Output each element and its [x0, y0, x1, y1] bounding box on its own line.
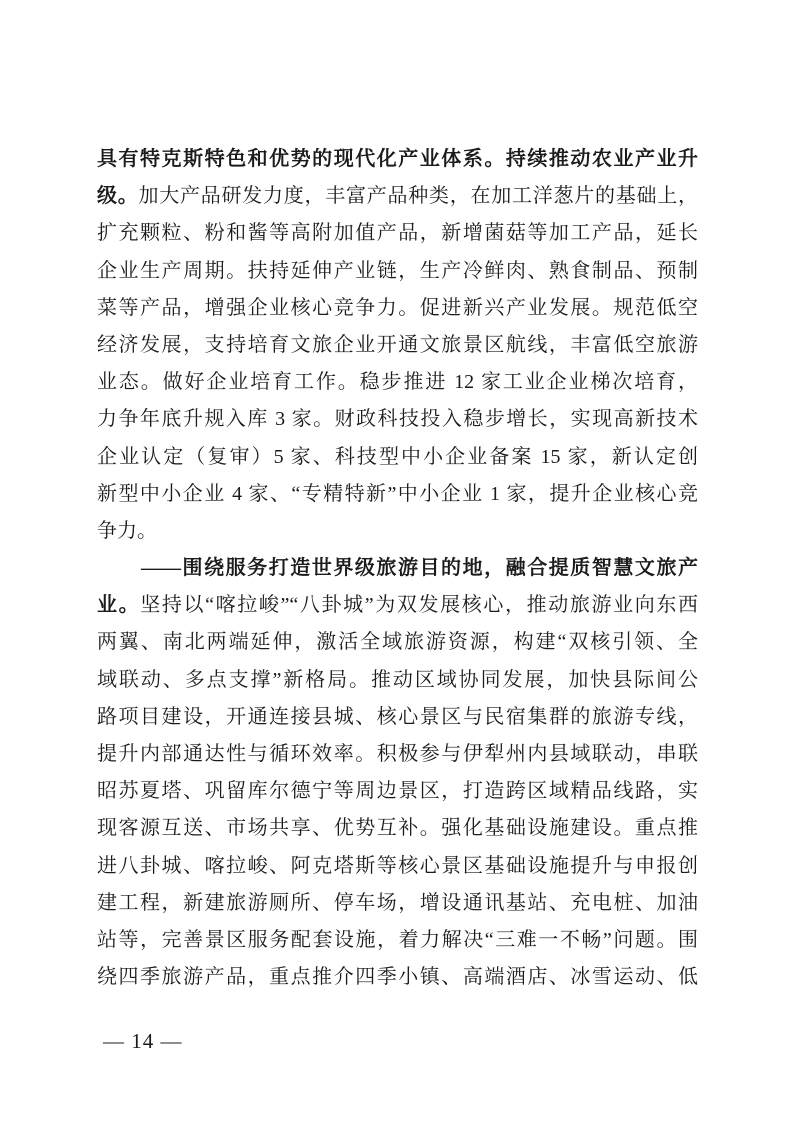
text-line: ——围绕服务打造世界级旅游目的地，融合提质智慧文旅产	[97, 550, 698, 587]
body-text: 企业认定（复审）5 家、科技型中小企业备案 15 家，新认定创	[97, 446, 698, 468]
text-line: 级。加大产品研发力度，丰富产品种类，在加工洋葱片的基础上，	[97, 178, 698, 215]
body-text: 菜等产品，增强企业核心竞争力。促进新兴产业发展。规范低空	[97, 297, 698, 319]
body-text: 域联动、多点支撑”新格局。推动区域协同发展，加快县际间公	[97, 669, 698, 691]
body-text: 站等，完善景区服务配套设施，着力解决“三难一不畅”问题。围	[97, 929, 698, 951]
text-line: 扩充颗粒、粉和酱等高附加值产品，新增菌菇等加工产品，延长	[97, 215, 698, 252]
bold-text: 具有特克斯特色和优势的现代化产业体系。持续推动农业产业升	[97, 148, 698, 170]
bold-text: ——围绕服务打造世界级旅游目的地，融合提质智慧文旅产	[141, 557, 698, 579]
page-number: — 14 —	[103, 1026, 183, 1056]
text-line: 域联动、多点支撑”新格局。推动区域协同发展，加快县际间公	[97, 662, 698, 699]
body-text: 路项目建设，开通连接县城、核心景区与民宿集群的旅游专线，	[97, 706, 698, 728]
text-line: 昭苏夏塔、巩留库尔德宁等周边景区，打造跨区域精品线路，实	[97, 773, 698, 810]
text-line: 建工程，新建旅游厕所、停车场，增设通讯基站、充电桩、加油	[97, 885, 698, 922]
document-body: 具有特克斯特色和优势的现代化产业体系。持续推动农业产业升 级。加大产品研发力度，…	[97, 141, 698, 996]
text-line: 菜等产品，增强企业核心竞争力。促进新兴产业发展。规范低空	[97, 290, 698, 327]
body-text: 坚持以“喀拉峻”“八卦城”为双发展核心，推动旅游业向东西	[140, 594, 698, 616]
text-line: 争力。	[97, 513, 698, 550]
body-text: 业态。做好企业培育工作。稳步推进 12 家工业企业梯次培育，	[97, 371, 698, 393]
text-line: 提升内部通达性与循环效率。积极参与伊犁州内县域联动，串联	[97, 736, 698, 773]
body-text: 进八卦城、喀拉峻、阿克塔斯等核心景区基础设施提升与申报创	[97, 855, 698, 877]
body-text: 力争年底升规入库 3 家。财政科技投入稳步增长，实现高新技术	[97, 408, 698, 430]
body-text: 提升内部通达性与循环效率。积极参与伊犁州内县域联动，串联	[97, 743, 698, 765]
text-line: 具有特克斯特色和优势的现代化产业体系。持续推动农业产业升	[97, 141, 698, 178]
text-line: 路项目建设，开通连接县城、核心景区与民宿集群的旅游专线，	[97, 699, 698, 736]
body-text: 加大产品研发力度，丰富产品种类，在加工洋葱片的基础上，	[139, 185, 699, 207]
body-text: 建工程，新建旅游厕所、停车场，增设通讯基站、充电桩、加油	[97, 892, 698, 914]
text-line: 站等，完善景区服务配套设施，着力解决“三难一不畅”问题。围	[97, 922, 698, 959]
text-line: 进八卦城、喀拉峻、阿克塔斯等核心景区基础设施提升与申报创	[97, 848, 698, 885]
text-line: 企业生产周期。扶持延伸产业链，生产冷鲜肉、熟食制品、预制	[97, 253, 698, 290]
text-line: 绕四季旅游产品，重点推介四季小镇、高端酒店、冰雪运动、低	[97, 959, 698, 996]
body-text: 现客源互送、市场共享、优势互补。强化基础设施建设。重点推	[97, 817, 698, 839]
text-line: 业。坚持以“喀拉峻”“八卦城”为双发展核心，推动旅游业向东西	[97, 587, 698, 624]
body-text: 经济发展，支持培育文旅企业开通文旅景区航线，丰富低空旅游	[97, 334, 698, 356]
body-text: 争力。	[97, 520, 157, 542]
document-page: 具有特克斯特色和优势的现代化产业体系。持续推动农业产业升 级。加大产品研发力度，…	[0, 0, 793, 1122]
bold-text: 级。	[97, 185, 139, 207]
text-line: 新型中小企业 4 家、“专精特新”中小企业 1 家，提升企业核心竞	[97, 476, 698, 513]
body-text: 新型中小企业 4 家、“专精特新”中小企业 1 家，提升企业核心竞	[97, 483, 698, 505]
body-text: 昭苏夏塔、巩留库尔德宁等周边景区，打造跨区域精品线路，实	[97, 780, 698, 802]
text-line: 经济发展，支持培育文旅企业开通文旅景区航线，丰富低空旅游	[97, 327, 698, 364]
text-line: 现客源互送、市场共享、优势互补。强化基础设施建设。重点推	[97, 810, 698, 847]
body-text: 两翼、南北两端延伸，激活全域旅游资源，构建“双核引领、全	[97, 631, 698, 653]
body-text: 扩充颗粒、粉和酱等高附加值产品，新增菌菇等加工产品，延长	[97, 222, 698, 244]
text-line: 力争年底升规入库 3 家。财政科技投入稳步增长，实现高新技术	[97, 401, 698, 438]
text-line: 业态。做好企业培育工作。稳步推进 12 家工业企业梯次培育，	[97, 364, 698, 401]
text-line: 两翼、南北两端延伸，激活全域旅游资源，构建“双核引领、全	[97, 624, 698, 661]
bold-text: 业。	[97, 594, 140, 616]
text-line: 企业认定（复审）5 家、科技型中小企业备案 15 家，新认定创	[97, 439, 698, 476]
body-text: 绕四季旅游产品，重点推介四季小镇、高端酒店、冰雪运动、低	[97, 966, 698, 988]
body-text: 企业生产周期。扶持延伸产业链，生产冷鲜肉、熟食制品、预制	[97, 260, 698, 282]
